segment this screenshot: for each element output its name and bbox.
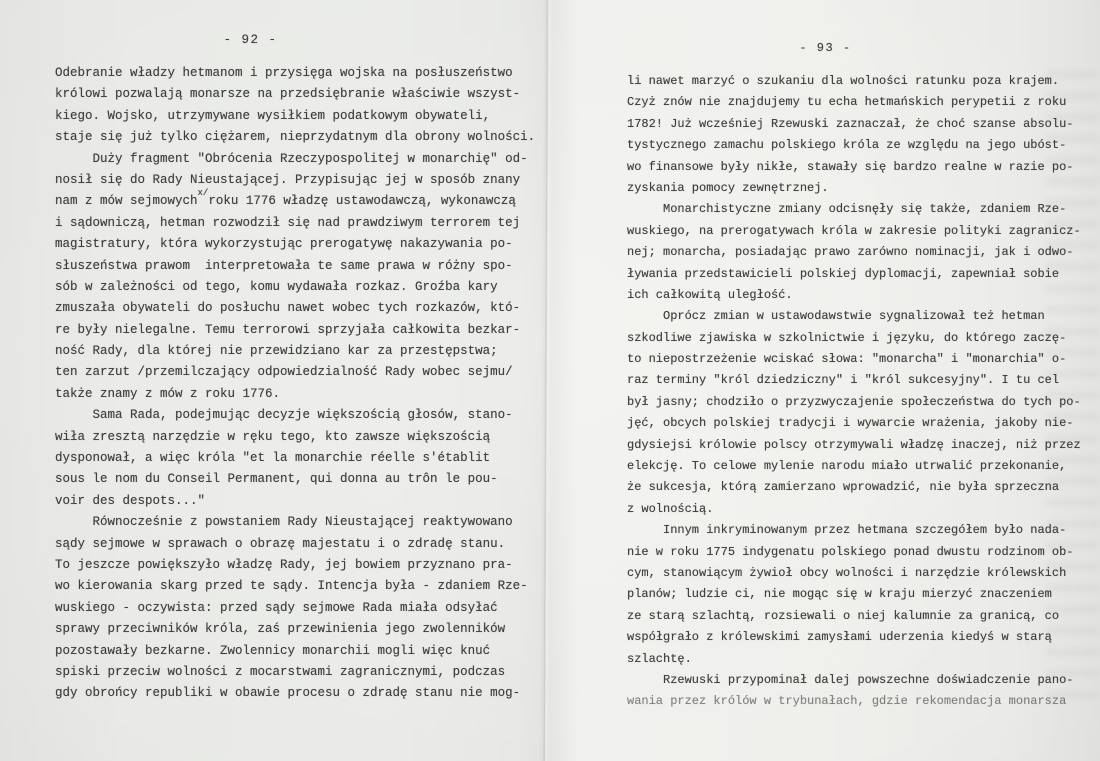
text-line: słuszeństwa prawom interpretowała te sam…	[55, 256, 538, 277]
text-line: magistratury, która wykorzystując prerog…	[55, 234, 538, 255]
text-line: to niepostrzeżenie wciskać słowa: "monar…	[627, 349, 1100, 370]
text-line: nosił się do Rady Nieustającej. Przypisu…	[55, 170, 538, 191]
text-line: wuskiego, na prerogatywach króla w zakre…	[627, 221, 1100, 242]
text-line: był jasny; chodziło o przyzwyczajenie sp…	[627, 392, 1100, 413]
text-line: nie w roku 1775 indygenatu polskiego pon…	[627, 542, 1100, 563]
text-line: Odebranie władzy hetmanom i przysięga wo…	[55, 63, 538, 84]
text-line: wo kierowania skarg przed te sądy. Inten…	[55, 576, 538, 597]
text-line: 1782! Już wcześniej Rzewuski zaznaczał, …	[627, 114, 1100, 135]
text-line: dysponował, a więc króla "et la monarchi…	[55, 448, 538, 469]
text-line: sądy sejmowe w sprawach o obrazę majesta…	[55, 534, 538, 555]
text-line: współgrało z królewskimi zamysłami uderz…	[627, 627, 1100, 648]
text-line: wuskiego - oczywista: przed sądy sejmowe…	[55, 598, 538, 619]
text-line: Innym inkryminowanym przez hetmana szcze…	[627, 520, 1100, 541]
text-line: szkodliwe zjawiska w szkolnictwie i języ…	[627, 328, 1100, 349]
text-line: To jeszcze powiększyło władzę Rady, jej …	[55, 555, 538, 576]
text-line: ność Rady, dla której nie przewidziano k…	[55, 341, 538, 362]
text-line: gdysiejsi królowie polscy otrzymywali wł…	[627, 435, 1100, 456]
text-line: wania przez królów w trybunałach, gdzie …	[627, 691, 1100, 712]
text-line: ten zarzut /przemilczający odpowiedzialn…	[55, 362, 538, 383]
text-line: szlachtę.	[627, 649, 1100, 670]
page-number-92: - 92 -	[9, 30, 492, 51]
text-line: wo finansowe były nikłe, stawały się bar…	[627, 157, 1100, 178]
text-line: voir des despots..."	[55, 491, 538, 512]
text-line: Czyż znów nie znajdujemy tu echa hetmańs…	[627, 92, 1100, 113]
text-line: Oprócz zmian w ustawodawstwie sygnalizow…	[627, 306, 1100, 327]
text-line: re były nielegalne. Temu terrorowi sprzy…	[55, 320, 538, 341]
page-93: - 93 - li nawet marzyć o szukaniu dla wo…	[627, 38, 1100, 713]
footnote-marker: x/	[198, 188, 209, 198]
text-line: ich całkowitą uległość.	[627, 285, 1100, 306]
text-line: i sądowniczą, hetman rozwodził się nad p…	[55, 213, 538, 234]
text-line: także znamy z mów z roku 1776.	[55, 384, 538, 405]
text-line: li nawet marzyć o szukaniu dla wolności …	[627, 71, 1100, 92]
text-line: sous le nom du Conseil Permanent, qui do…	[55, 469, 538, 490]
text-line: nam z mów sejmowychx/roku 1776 władzę us…	[55, 191, 538, 212]
page-gutter-crease	[539, 0, 552, 761]
text-line: zyskania pomocy zewnętrznej.	[627, 178, 1100, 199]
text-line: zmuszała obywateli do posłuchu nawet wob…	[55, 298, 538, 319]
text-line: królowi pozwalają monarsze na przedsiębr…	[55, 84, 538, 105]
text-line: wiła zresztą narzędzie w ręku tego, kto …	[55, 427, 538, 448]
text-line: że sukcesja, którą zamierzano wprowadzić…	[627, 477, 1100, 498]
page-92: - 92 - Odebranie władzy hetmanom i przys…	[55, 30, 538, 705]
text-line: Sama Rada, podejmując decyzje większości…	[55, 405, 538, 426]
text-line: tystycznego zamachu polskiego króla ze w…	[627, 135, 1100, 156]
text-line: staje się już tylko ciężarem, nieprzydat…	[55, 127, 538, 148]
text-line: gdy obrońcy republiki w obawie procesu o…	[55, 683, 538, 704]
page-93-text: li nawet marzyć o szukaniu dla wolności …	[627, 71, 1100, 713]
text-line: elekcję. To celowe mylenie narodu miało …	[627, 456, 1100, 477]
page-92-text: Odebranie władzy hetmanom i przysięga wo…	[55, 63, 538, 705]
text-line: planów; ludzie ci, nie mogąc się w kraju…	[627, 584, 1100, 605]
text-line: kiego. Wojsko, utrzymywane wysiłkiem pod…	[55, 106, 538, 127]
text-line: cym, stanowiącym żywioł obcy wolności i …	[627, 563, 1100, 584]
text-line: jęć, obcych polskiej tradycji i wywarcie…	[627, 413, 1100, 434]
text-line: raz terminy "król dziedziczny" i "król s…	[627, 370, 1100, 391]
text-line: nej; monarcha, posiadając prawo zarówno …	[627, 242, 1100, 263]
text-line: ze starą szlachtą, rozsiewali o niej kal…	[627, 606, 1100, 627]
text-line: Rzewuski przypominał dalej powszechne do…	[627, 670, 1100, 691]
text-line: Duży fragment "Obrócenia Rzeczypospolite…	[55, 149, 538, 170]
book-scan: - 92 - Odebranie władzy hetmanom i przys…	[0, 0, 1100, 761]
page-number-93: - 93 -	[584, 38, 1067, 59]
text-line: spiski przeciw wolności z mocarstwami za…	[55, 662, 538, 683]
text-line: sprawy przeciwników króla, zaś przewinie…	[55, 619, 538, 640]
text-line: Monarchistyczne zmiany odcisnęły się tak…	[627, 199, 1100, 220]
text-line: ływania przedstawicieli polskiej dyploma…	[627, 264, 1100, 285]
text-line: z wolnością.	[627, 499, 1100, 520]
text-line: pozostawały bezkarne. Zwolennicy monarch…	[55, 641, 538, 662]
text-line: sób w zależności od tego, komu wydawała …	[55, 277, 538, 298]
text-line: Równocześnie z powstaniem Rady Nieustają…	[55, 512, 538, 533]
